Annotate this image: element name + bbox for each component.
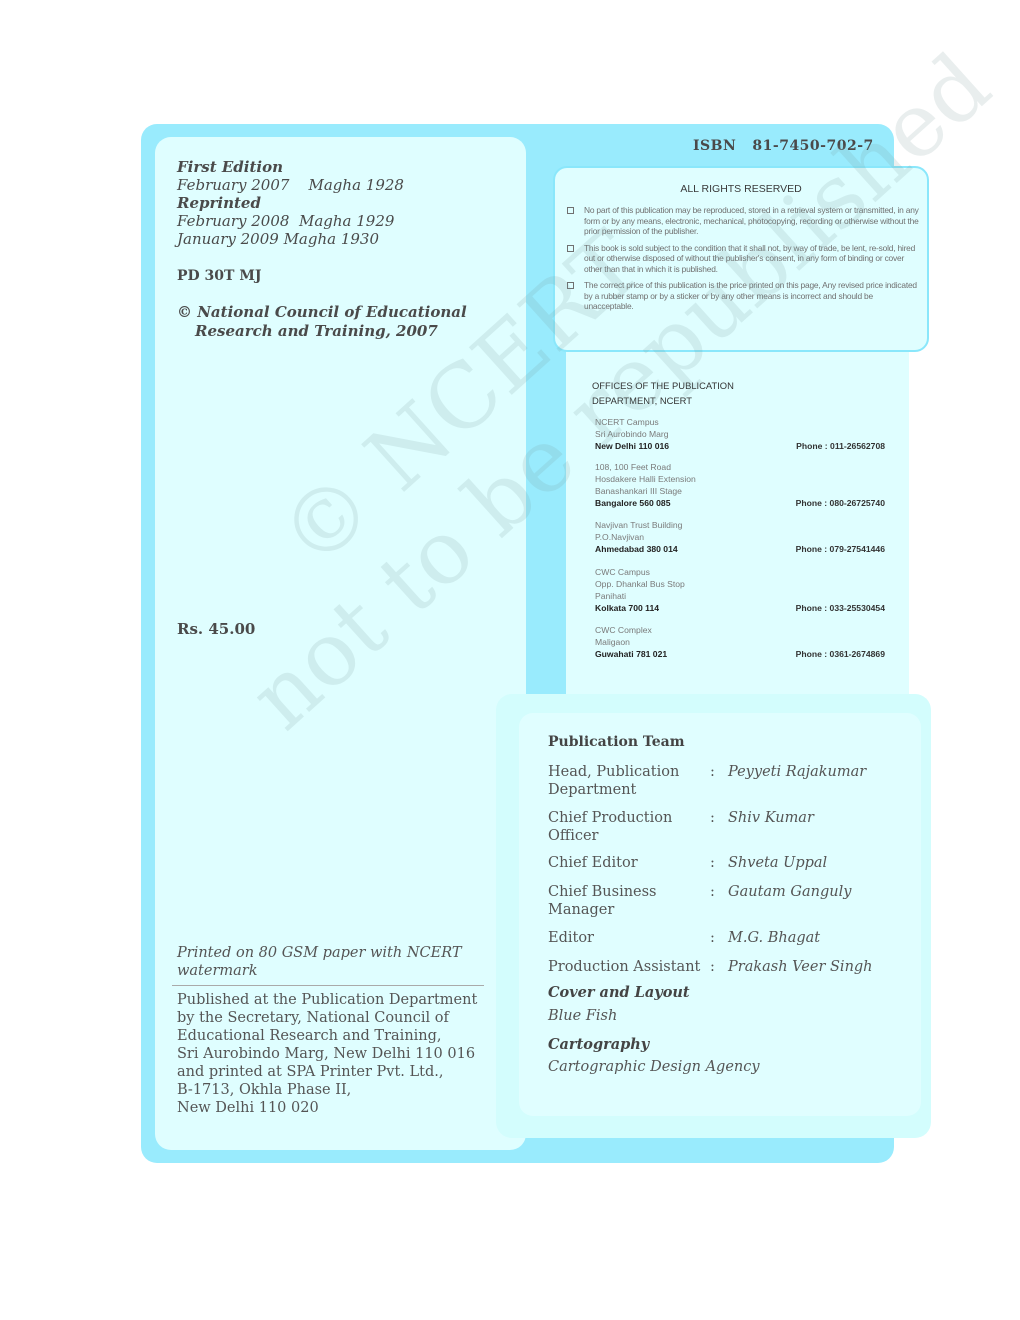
copyright-notice: © National Council of Educational Resear… <box>177 303 477 341</box>
rights-list: No part of this publication may be repro… <box>567 205 919 318</box>
published-by: Published at the Publication Department … <box>177 991 487 1117</box>
checkbox-bullet-icon <box>567 207 574 214</box>
printed-note: Printed on 80 GSM paper with NCERT water… <box>177 944 477 980</box>
team-title: Publication Team <box>548 734 685 750</box>
office-kolkata: CWC Campus Opp. Dhankal Bus Stop Panihat… <box>595 566 885 614</box>
team-role: Chief Editor <box>548 854 706 872</box>
copyright-line-1: © National Council of Educational <box>177 303 467 321</box>
reprint-date: January 2009 Magha 1930 <box>177 230 404 248</box>
checkbox-bullet-icon <box>567 282 574 289</box>
edition-info: First Edition February 2007 Magha 1928 R… <box>177 158 404 248</box>
team-role: Production Assistant <box>548 958 718 976</box>
cover-layout-value: Blue Fish <box>548 1008 617 1024</box>
rights-title: ALL RIGHTS RESERVED <box>555 183 927 195</box>
team-name: Gautam Ganguly <box>728 883 851 901</box>
team-role: Chief Business Manager <box>548 883 706 919</box>
rights-reserved-box: ALL RIGHTS RESERVED No part of this publ… <box>553 166 929 352</box>
checkbox-bullet-icon <box>567 245 574 252</box>
team-name: Peyyeti Rajakumar <box>728 763 866 781</box>
reprint-date: February 2008 Magha 1929 <box>177 212 404 230</box>
isbn: ISBN 81-7450-702-7 <box>693 138 874 154</box>
offices-title: OFFICES OF THE PUBLICATION DEPARTMENT, N… <box>592 378 792 408</box>
rights-item: This book is sold subject to the conditi… <box>567 243 919 275</box>
rights-item: The correct price of this publication is… <box>567 280 919 312</box>
divider <box>172 985 484 986</box>
publication-code: PD 30T MJ <box>177 268 261 284</box>
team-name: M.G. Bhagat <box>728 929 820 947</box>
team-role: Head, Publication Department <box>548 763 706 799</box>
cover-layout-label: Cover and Layout <box>548 984 690 1001</box>
cartography-label: Cartography <box>548 1036 649 1053</box>
reprinted-label: Reprinted <box>177 194 404 212</box>
office-phone: Phone : 0361-2674869 <box>796 648 885 660</box>
rights-item: No part of this publication may be repro… <box>567 205 919 237</box>
team-name: Shiv Kumar <box>728 809 814 827</box>
team-name: Shveta Uppal <box>728 854 827 872</box>
office-new-delhi: NCERT Campus Sri Aurobindo Marg New Delh… <box>595 416 885 452</box>
cartography-value: Cartographic Design Agency <box>548 1059 760 1075</box>
team-role: Editor <box>548 929 706 947</box>
office-phone: Phone : 033-25530454 <box>796 602 885 614</box>
team-name: Prakash Veer Singh <box>728 958 873 976</box>
first-edition-date: February 2007 Magha 1928 <box>177 176 404 194</box>
copyright-line-2: Research and Training, 2007 <box>177 322 477 341</box>
office-guwahati: CWC Complex Maligaon Guwahati 781 021 Ph… <box>595 624 885 660</box>
office-phone: Phone : 011-26562708 <box>796 440 885 452</box>
office-bangalore: 108, 100 Feet Road Hosdakere Halli Exten… <box>595 461 885 509</box>
office-phone: Phone : 079-27541446 <box>796 543 885 555</box>
office-phone: Phone : 080-26725740 <box>796 497 885 509</box>
price: Rs. 45.00 <box>177 620 255 638</box>
team-role: Chief Production Officer <box>548 809 706 845</box>
first-edition-label: First Edition <box>177 158 404 176</box>
office-ahmedabad: Navjivan Trust Building P.O.Navjivan Ahm… <box>595 519 885 555</box>
